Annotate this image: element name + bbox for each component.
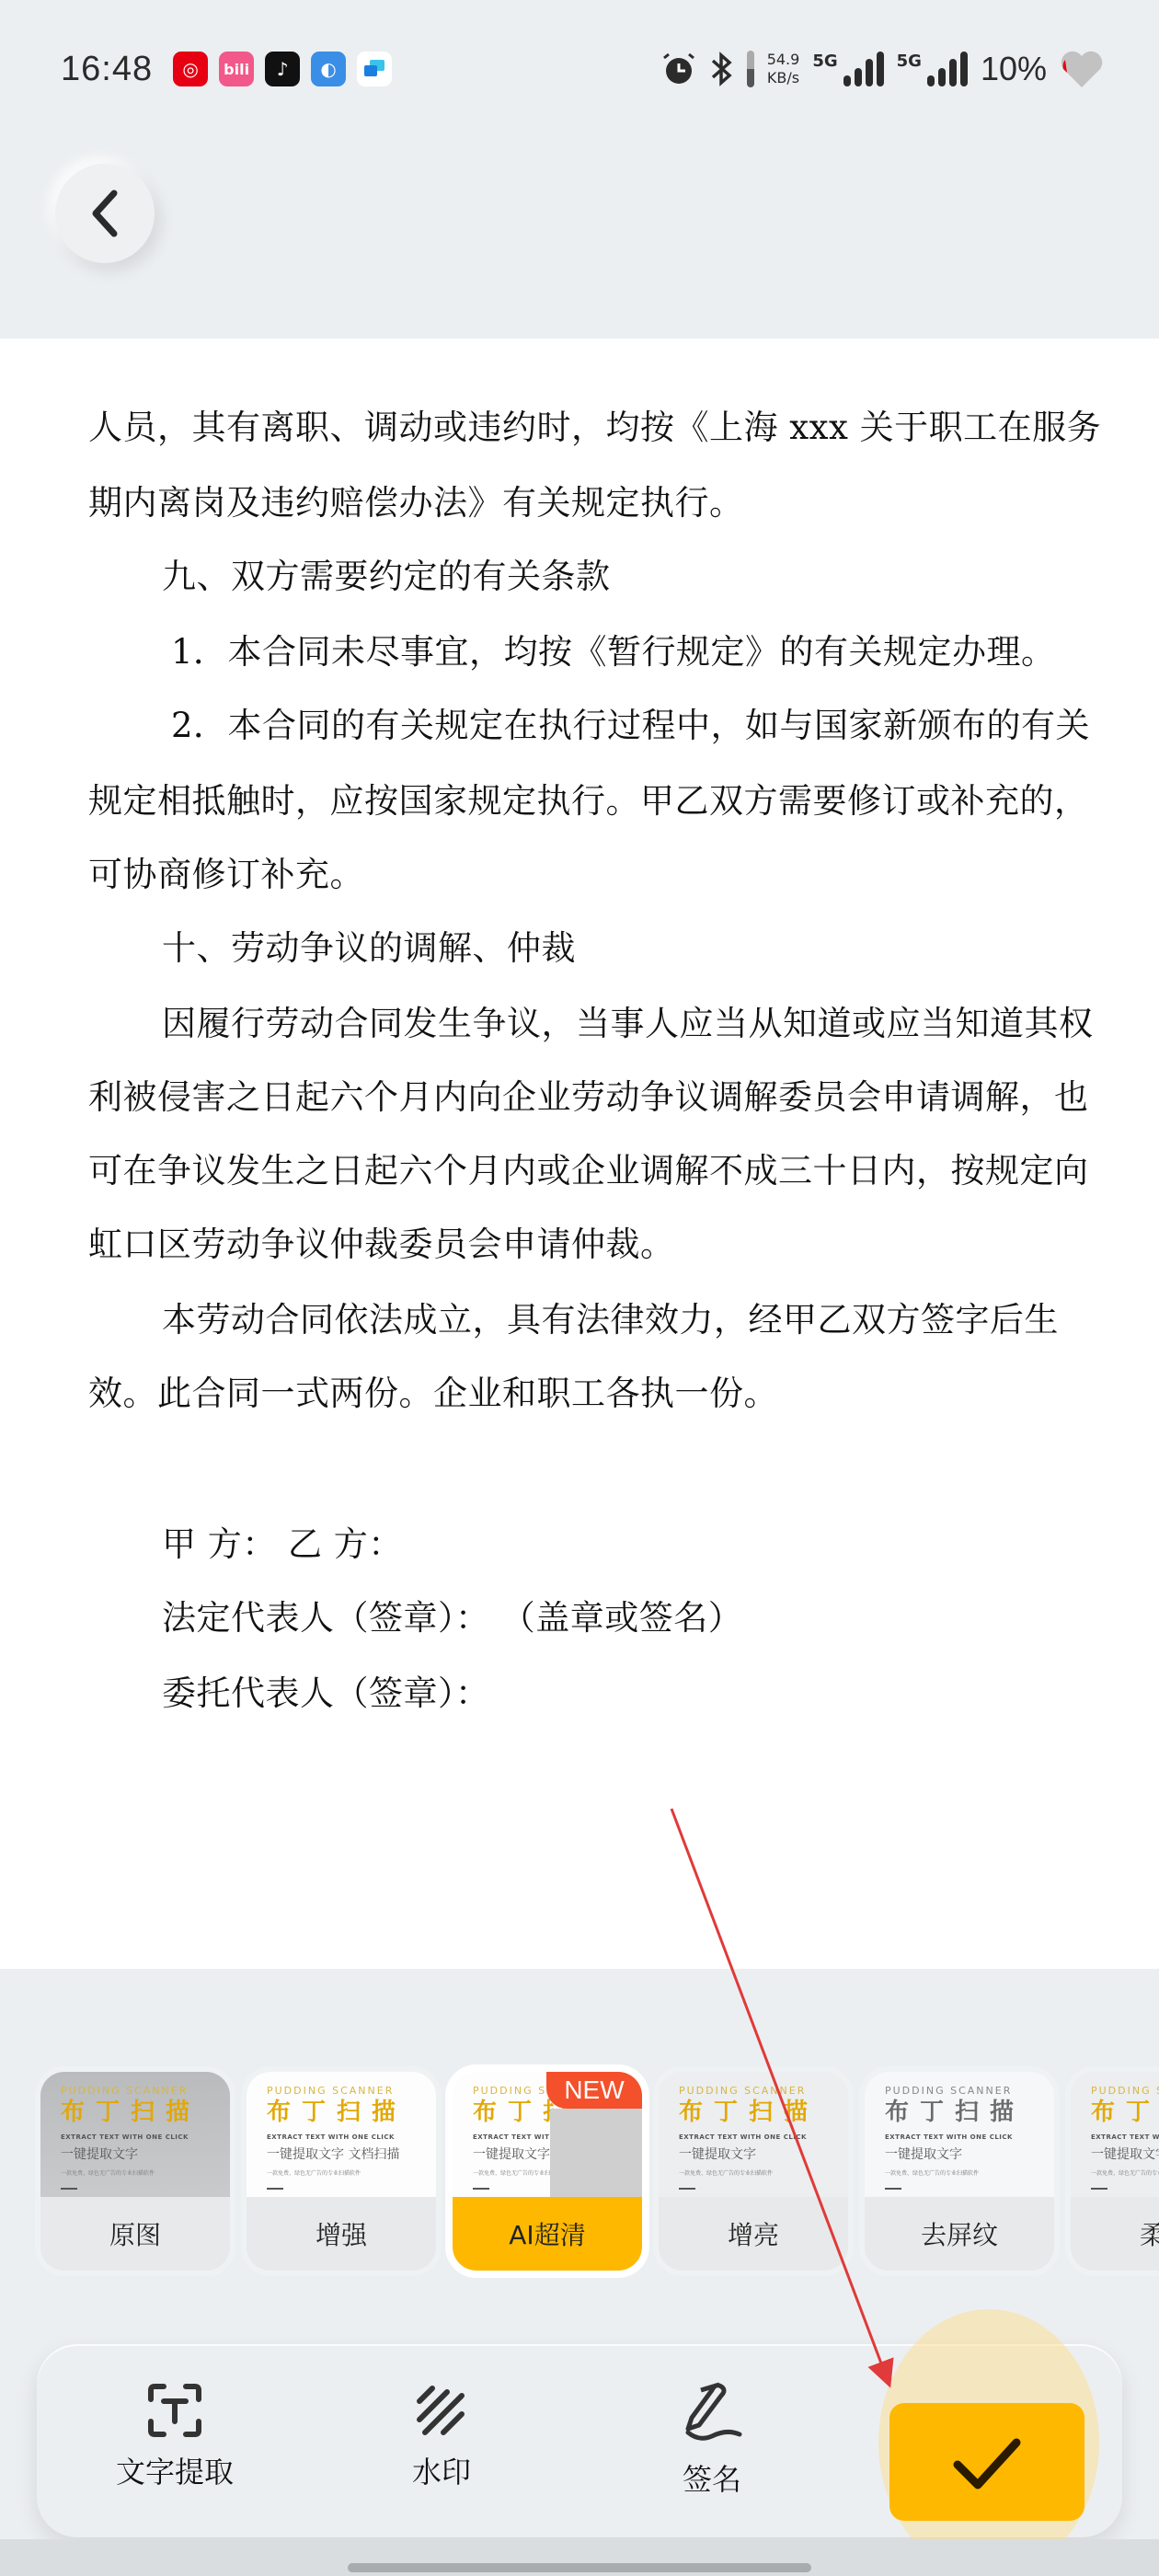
document-line: 人员，其有离职、调动或违约时，均按《上海 xxx 关于职工在服务	[88, 399, 1101, 449]
thumbnail-text: 一键提取文字	[885, 2145, 1038, 2163]
filter-thumbnail: PUDDING SCANNER布丁扫描EXTRACT TEXT WITH ONE…	[247, 2072, 436, 2197]
document-line: 委托代表人（签章）：	[162, 1665, 490, 1715]
filter-label: 原图	[40, 2197, 230, 2271]
thumbnail-text: 布丁扫描	[679, 2097, 832, 2128]
thumbnail-text: 布丁扫描	[61, 2097, 213, 2128]
thumbnail-text: 布丁扫描	[885, 2097, 1038, 2128]
document-preview: 人员，其有离职、调动或违约时，均按《上海 xxx 关于职工在服务期内离岗及违约赔…	[0, 339, 1159, 1969]
filter-strip[interactable]: PUDDING SCANNER布丁扫描EXTRACT TEXT WITH ONE…	[0, 1969, 1159, 2282]
status-time: 16:48	[61, 50, 153, 89]
bilibili-icon: bili	[219, 52, 254, 86]
filter-label: 去屏纹	[865, 2197, 1054, 2271]
network-speed: 54.9 KB/s	[767, 51, 800, 87]
tiktok-icon: ♪	[265, 52, 300, 86]
document-line: 九、双方需要约定的有关条款	[162, 548, 611, 598]
signature-button[interactable]: 签名	[629, 2381, 795, 2510]
document-line: 规定相抵触时，应按国家规定执行。甲乙双方需要修订或补充的，	[88, 773, 1089, 822]
battery-saver-bar	[747, 51, 754, 87]
checkmark-icon	[948, 2430, 1026, 2494]
signature-label: 签名	[683, 2456, 741, 2499]
status-indicators: 54.9 KB/s 5G 5G 10%	[660, 49, 1104, 89]
thumbnail-divider	[1091, 2188, 1107, 2190]
thumbnail-divider	[679, 2188, 695, 2190]
text-extract-label: 文字提取	[116, 2449, 234, 2491]
thumbnail-text: PUDDING SCANNER	[1091, 2085, 1159, 2097]
filter-thumbnail: PUDDING SCANNER布丁扫描EXTRACT TEXT WITH ONE…	[865, 2072, 1054, 2197]
bluetooth-icon	[710, 51, 734, 87]
thumbnail-text: 布丁扫描	[1091, 2097, 1159, 2128]
filter-thumbnail: PUDDING SCANNER布丁扫描EXTRACT TEXT WITH ONE…	[659, 2072, 848, 2197]
text-extract-button[interactable]: 文字提取	[92, 2381, 258, 2510]
thumbnail-text: 一键提取文字	[1091, 2145, 1159, 2163]
thumbnail-text: PUDDING SCANNER	[61, 2085, 213, 2097]
filter-option[interactable]: PUDDING SCANNER布丁扫描EXTRACT TEXT WITH ONE…	[865, 2072, 1054, 2271]
home-indicator[interactable]	[348, 2563, 811, 2572]
thumbnail-divider	[473, 2188, 489, 2190]
chevron-left-icon	[86, 186, 123, 241]
filter-label: AI超清	[453, 2197, 642, 2271]
thumbnail-text: EXTRACT TEXT WITH ONE CLICK	[267, 2133, 419, 2141]
new-badge: NEW	[546, 2072, 642, 2109]
battery-heart-icon	[1060, 49, 1104, 89]
thumbnail-text: 一款免费、绿色无广告的专业扫描软件	[885, 2168, 1038, 2177]
document-line: 利被侵害之日起六个月内向企业劳动争议调解委员会申请调解，也	[88, 1069, 1089, 1119]
filter-label: 增亮	[659, 2197, 848, 2271]
thumbnail-divider	[61, 2188, 77, 2190]
messaging-icon	[357, 52, 392, 86]
thumbnail-text: 一款免费、绿色无广告的专业扫描软件	[679, 2168, 832, 2177]
watermark-label: 水印	[412, 2449, 471, 2491]
status-bar: 16:48 ◎ bili ♪ ◐ 54.9 KB/s 5G 5G 10%	[0, 0, 1159, 138]
sim2-signal-icon: 5G	[897, 52, 968, 86]
filter-thumbnail: PUDDING SCANNER布丁扫描EXTRACT TEXT WITH ONE…	[1071, 2072, 1159, 2197]
thumbnail-text: 一款免费、绿色无广告的专业扫描软件	[1091, 2168, 1159, 2177]
alarm-icon	[660, 51, 697, 87]
text-scan-icon	[145, 2381, 204, 2440]
filter-option[interactable]: PUDDING SCANNER布丁扫描EXTRACT TEXT WITH ONE…	[247, 2072, 436, 2271]
document-line: 十、劳动争议的调解、仲裁	[162, 920, 576, 970]
confirm-button[interactable]	[889, 2403, 1084, 2521]
document-line: 期内离岗及违约赔偿办法》有关规定执行。	[88, 475, 744, 524]
document-line: 法定代表人（签章）： （盖章或签名）	[162, 1590, 742, 1639]
watermark-button[interactable]: 水印	[359, 2381, 524, 2510]
thumbnail-text: EXTRACT TEXT WITH ONE CLICK	[1091, 2133, 1159, 2141]
thumbnail-text: EXTRACT TEXT WITH ONE CLICK	[61, 2133, 213, 2141]
filter-label: 增强	[247, 2197, 436, 2271]
watermark-icon	[412, 2381, 471, 2440]
document-line: 2．本合同的有关规定在执行过程中，如与国家新颁布的有关	[171, 697, 1090, 747]
filter-option[interactable]: PUDDING SCANNER布丁扫描EXTRACT TEXT WITH ONE…	[1071, 2072, 1159, 2271]
thumbnail-text: EXTRACT TEXT WITH ONE CLICK	[679, 2133, 832, 2141]
battery-percent: 10%	[981, 50, 1047, 88]
thumbnail-text: 一键提取文字	[61, 2145, 213, 2163]
document-line: 甲 方： 乙 方：	[162, 1516, 403, 1566]
sim1-signal-icon: 5G	[812, 52, 883, 86]
document-line: 可协商修订补充。	[88, 846, 364, 896]
ai-preview-overlay	[550, 2109, 642, 2197]
filter-option[interactable]: PUDDING SCANNER布丁扫描EXTRACT TEXT WITH ONE…	[453, 2072, 642, 2271]
thumbnail-text: 一键提取文字	[679, 2145, 832, 2163]
thumbnail-divider	[885, 2188, 901, 2190]
thumbnail-text: 一键提取文字 文档扫描	[267, 2145, 419, 2163]
signature-pen-icon	[681, 2381, 743, 2447]
filter-option[interactable]: PUDDING SCANNER布丁扫描EXTRACT TEXT WITH ONE…	[659, 2072, 848, 2271]
filter-label: 柔调	[1071, 2197, 1159, 2271]
filter-thumbnail: PUDDING SCANNER布丁扫描EXTRACT TEXT WITH ONE…	[40, 2072, 230, 2197]
thumbnail-text: PUDDING SCANNER	[679, 2085, 832, 2097]
thumbnail-divider	[267, 2188, 283, 2190]
thumbnail-text: 布丁扫描	[267, 2097, 419, 2128]
document-line: 虹口区劳动争议仲裁委员会申请仲裁。	[88, 1216, 675, 1266]
document-line: 本劳动合同依法成立，具有法律效力，经甲乙双方签字后生	[162, 1292, 1059, 1341]
back-button[interactable]	[55, 164, 155, 263]
browser-icon: ◐	[311, 52, 346, 86]
netease-music-icon: ◎	[173, 52, 208, 86]
thumbnail-text: PUDDING SCANNER	[885, 2085, 1038, 2097]
thumbnail-text: EXTRACT TEXT WITH ONE CLICK	[885, 2133, 1038, 2141]
thumbnail-text: 一款免费、绿色无广告的专业扫描软件	[61, 2168, 213, 2177]
document-line: 因履行劳动合同发生争议，当事人应当从知道或应当知道其权	[162, 995, 1094, 1045]
thumbnail-text: 一款免费、绿色无广告的专业扫描软件	[267, 2168, 419, 2177]
document-line: 1．本合同未尽事宜，均按《暂行规定》的有关规定办理。	[171, 624, 1056, 673]
thumbnail-text: PUDDING SCANNER	[267, 2085, 419, 2097]
filter-option[interactable]: PUDDING SCANNER布丁扫描EXTRACT TEXT WITH ONE…	[40, 2072, 230, 2271]
document-line: 效。此合同一式两份。企业和职工各执一份。	[88, 1365, 778, 1415]
document-line: 可在争议发生之日起六个月内或企业调解不成三十日内，按规定向	[88, 1143, 1089, 1192]
